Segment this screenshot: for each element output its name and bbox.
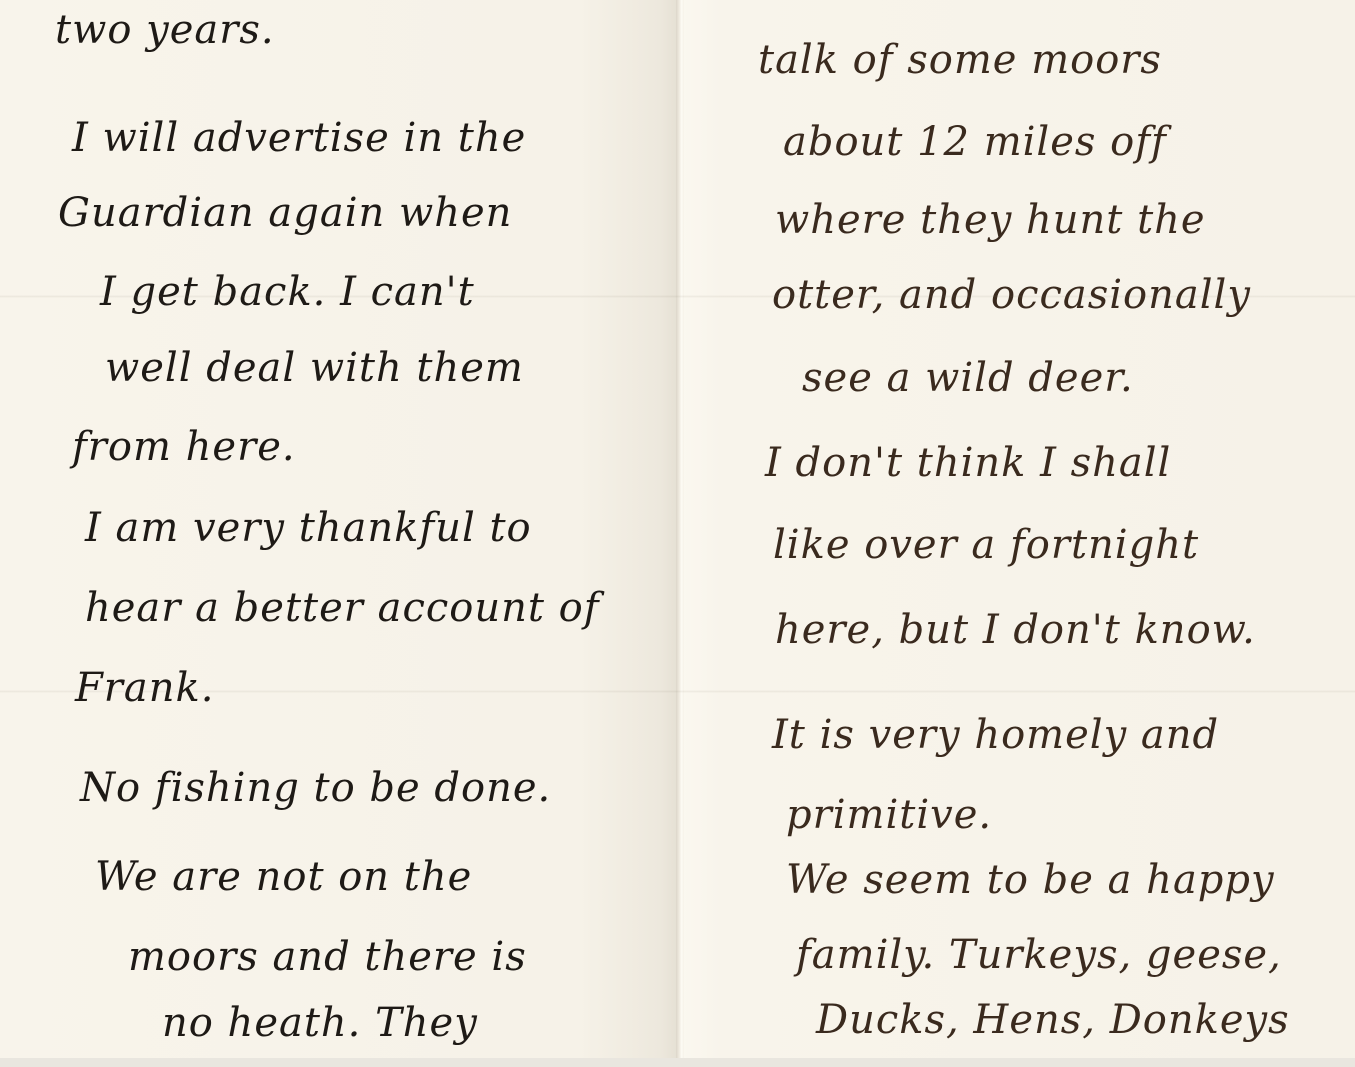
left-page: two years. I will advertise in the Guard…: [0, 0, 680, 1058]
left-line-1: two years.: [55, 10, 275, 50]
right-line-5: see a wild deer.: [802, 358, 1134, 398]
left-line-9: Frank.: [75, 668, 214, 708]
scan-bottom-edge: [0, 1058, 1355, 1067]
left-line-8: hear a better account of: [85, 588, 600, 628]
left-line-10: No fishing to be done.: [80, 768, 551, 808]
right-line-9: It is very homely and: [772, 715, 1219, 755]
left-line-4: I get back. I can't: [100, 272, 475, 312]
left-line-2: I will advertise in the: [72, 118, 526, 158]
horizontal-crease: [0, 690, 1355, 693]
right-line-6: I don't think I shall: [765, 443, 1171, 483]
right-line-10: primitive.: [786, 795, 992, 835]
letter-scan: two years. I will advertise in the Guard…: [0, 0, 1355, 1058]
right-line-12: family. Turkeys, geese,: [796, 935, 1282, 975]
right-line-1: talk of some moors: [758, 40, 1162, 80]
left-line-13: no heath. They: [162, 1003, 478, 1043]
left-line-6: from here.: [72, 427, 296, 467]
left-line-11: We are not on the: [95, 857, 472, 897]
right-line-13: Ducks, Hens, Donkeys: [816, 1000, 1290, 1040]
show-through-text: [296, 59, 313, 95]
right-line-11: We seem to be a happy: [786, 860, 1275, 900]
right-line-2: about 12 miles off: [783, 122, 1167, 162]
left-line-5: well deal with them: [105, 348, 524, 388]
horizontal-crease: [0, 295, 1355, 298]
center-fold: [676, 0, 684, 1058]
left-line-3: Guardian again when: [58, 193, 512, 233]
left-line-12: moors and there is: [128, 937, 527, 977]
right-line-3: where they hunt the: [775, 200, 1206, 240]
left-line-7: I am very thankful to: [85, 508, 532, 548]
right-line-7: like over a fortnight: [773, 525, 1199, 565]
right-page: talk of some moors about 12 miles off wh…: [680, 0, 1355, 1058]
right-line-8: here, but I don't know.: [775, 610, 1256, 650]
